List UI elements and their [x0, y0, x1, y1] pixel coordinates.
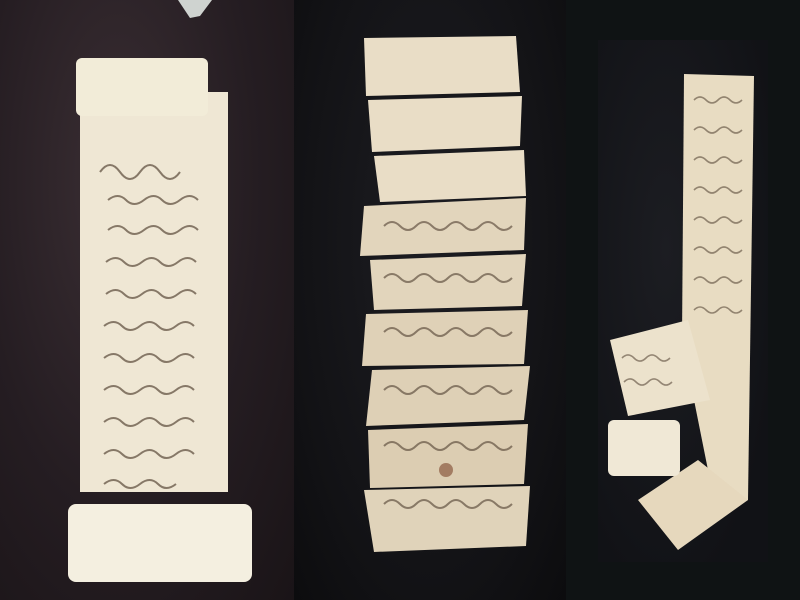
- scroll-photo-rolled: [0, 0, 294, 600]
- long-scroll-illustration: [598, 40, 768, 562]
- fragmented-scroll-illustration: [294, 0, 566, 600]
- rolled-scroll-illustration: [0, 0, 294, 600]
- scroll-photo-fragmented: [294, 0, 566, 600]
- scroll-photo-long: [598, 40, 768, 562]
